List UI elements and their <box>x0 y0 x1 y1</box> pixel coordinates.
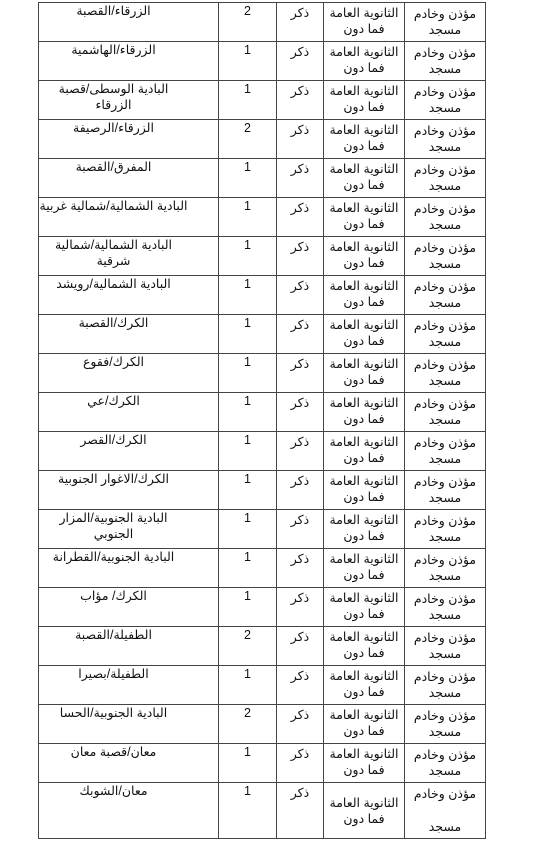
gender-cell: ذكر <box>277 744 324 783</box>
count-cell: 2 <box>219 705 277 744</box>
qualification-line-1: الثانوية العامة <box>324 393 404 411</box>
location-value: البادية الشمالية/شمالية غربية <box>39 198 218 216</box>
qualification-line-1: الثانوية العامة <box>324 315 404 333</box>
count-cell: 1 <box>219 510 277 549</box>
location-value: البادية الشمالية/رويشد <box>39 276 218 294</box>
gender-value: ذكر <box>277 666 323 684</box>
gender-value: ذكر <box>277 120 323 138</box>
job-title-line-2: مسجد <box>405 373 485 389</box>
table-row: مؤذن وخادم مسجد الثانوية العامة فما دون … <box>39 471 486 510</box>
qualification-line-1: الثانوية العامة <box>324 3 404 21</box>
gender-value: ذكر <box>277 354 323 372</box>
location-value: الكرك/فقوع <box>39 354 218 372</box>
qualification-cell: الثانوية العامة فما دون <box>324 276 405 315</box>
qualification-line-2: فما دون <box>324 762 404 778</box>
qualification-line-1: الثانوية العامة <box>324 627 404 645</box>
job-title-cell: مؤذن وخادم مسجد <box>405 3 486 42</box>
qualification-line-2: فما دون <box>324 99 404 115</box>
qualification-cell: الثانوية العامة فما دون <box>324 666 405 705</box>
count-value: 1 <box>219 315 276 332</box>
count-value: 1 <box>219 432 276 449</box>
job-title-line-2: مسجد <box>405 61 485 77</box>
location-cell: البادية الجنوبية/الحسا <box>39 705 219 744</box>
gender-cell: ذكر <box>277 159 324 198</box>
location-value: الزرقاء/الرصيفة <box>39 120 218 138</box>
qualification-cell: الثانوية العامة فما دون <box>324 3 405 42</box>
gender-value: ذكر <box>277 42 323 60</box>
qualification-line-2: فما دون <box>324 333 404 349</box>
table-row: مؤذن وخادم مسجد الثانوية العامة فما دون … <box>39 120 486 159</box>
location-value: الكرك/ مؤاب <box>39 588 218 606</box>
qualification-cell: الثانوية العامة فما دون <box>324 549 405 588</box>
gender-cell: ذكر <box>277 666 324 705</box>
location-cell: البادية الشمالية/رويشد <box>39 276 219 315</box>
table-row: مؤذن وخادم مسجد الثانوية العامة فما دون … <box>39 549 486 588</box>
table-row: مؤذن وخادم مسجد الثانوية العامة فما دون … <box>39 159 486 198</box>
location-cell: الطفيلة/بصيرا <box>39 666 219 705</box>
count-value: 1 <box>219 159 276 176</box>
job-title-line-2: مسجد <box>405 529 485 545</box>
qualification-cell: الثانوية العامة فما دون <box>324 510 405 549</box>
job-title-line-1: مؤذن وخادم <box>405 198 485 217</box>
count-cell: 2 <box>219 627 277 666</box>
job-title-line-1: مؤذن وخادم <box>405 354 485 373</box>
job-title-cell: مؤذن وخادم مسجد <box>405 705 486 744</box>
count-cell: 1 <box>219 315 277 354</box>
job-title-line-1: مؤذن وخادم <box>405 588 485 607</box>
location-cell: الطفيلة/القصبة <box>39 627 219 666</box>
job-title-line-2: مسجد <box>405 217 485 233</box>
job-title-line-1: مؤذن وخادم <box>405 510 485 529</box>
count-cell: 1 <box>219 276 277 315</box>
qualification-line-2: فما دون <box>324 216 404 232</box>
gender-cell: ذكر <box>277 393 324 432</box>
table-row: مؤذن وخادم مسجد الثانوية العامة فما دون … <box>39 744 486 783</box>
gender-value: ذكر <box>277 81 323 99</box>
gender-value: ذكر <box>277 705 323 723</box>
job-title-cell: مؤذن وخادم مسجد <box>405 198 486 237</box>
count-cell: 1 <box>219 783 277 839</box>
qualification-line-1: الثانوية العامة <box>324 81 404 99</box>
qualification-line-2: فما دون <box>324 450 404 466</box>
qualification-cell: الثانوية العامة فما دون <box>324 783 405 839</box>
count-cell: 1 <box>219 393 277 432</box>
table-row: مؤذن وخادم مسجد الثانوية العامة فما دون … <box>39 588 486 627</box>
job-title-line-1: مؤذن وخادم <box>405 237 485 256</box>
table-row: مؤذن وخادم مسجد الثانوية العامة فما دون … <box>39 81 486 120</box>
qualification-line-1: الثانوية العامة <box>324 549 404 567</box>
table-row: مؤذن وخادم مسجد الثانوية العامة فما دون … <box>39 393 486 432</box>
location-value: الزرقاء/الهاشمية <box>39 42 218 60</box>
job-title-line-2: مسجد <box>405 295 485 311</box>
job-title-cell: مؤذن وخادم مسجد <box>405 588 486 627</box>
job-title-line-1: مؤذن وخادم <box>405 393 485 412</box>
qualification-line-1: الثانوية العامة <box>324 510 404 528</box>
location-value: البادية الوسطى/قصبة الزرقاء <box>39 81 218 115</box>
table-row: مؤذن وخادم مسجد الثانوية العامة فما دون … <box>39 3 486 42</box>
location-value: الكرك/القصبة <box>39 315 218 333</box>
count-value: 2 <box>219 705 276 722</box>
qualification-line-2: فما دون <box>324 528 404 544</box>
job-title-line-2: مسجد <box>405 412 485 428</box>
qualification-line-2: فما دون <box>324 255 404 271</box>
job-title-line-2: مسجد <box>405 451 485 467</box>
table-row: مؤذن وخادم مسجد الثانوية العامة فما دون … <box>39 510 486 549</box>
qualification-line-1: الثانوية العامة <box>324 42 404 60</box>
count-cell: 1 <box>219 588 277 627</box>
table-row: مؤذن وخادم مسجد الثانوية العامة فما دون … <box>39 315 486 354</box>
location-value: البادية الشمالية/شمالية شرقية <box>39 237 218 271</box>
gender-cell: ذكر <box>277 276 324 315</box>
gender-cell: ذكر <box>277 315 324 354</box>
location-value: الكرك/القصر <box>39 432 218 450</box>
qualification-cell: الثانوية العامة فما دون <box>324 588 405 627</box>
table-row: مؤذن وخادم مسجد الثانوية العامة فما دون … <box>39 432 486 471</box>
gender-cell: ذكر <box>277 510 324 549</box>
job-title-line-2: مسجد <box>405 100 485 116</box>
job-title-cell: مؤذن وخادم مسجد <box>405 393 486 432</box>
qualification-line-2: فما دون <box>324 21 404 37</box>
job-title-line-1: مؤذن وخادم <box>405 159 485 178</box>
qualification-line-1: الثانوية العامة <box>324 354 404 372</box>
qualification-line-2: فما دون <box>324 567 404 583</box>
qualification-line-2: فما دون <box>324 606 404 622</box>
location-value: الكرك/الاغوار الجنوبية <box>39 471 218 489</box>
gender-value: ذكر <box>277 471 323 489</box>
gender-cell: ذكر <box>277 237 324 276</box>
count-value: 1 <box>219 393 276 410</box>
job-title-line-1: مؤذن وخادم <box>405 432 485 451</box>
job-title-line-2: مسجد <box>405 607 485 623</box>
qualification-line-2: فما دون <box>324 177 404 193</box>
count-value: 2 <box>219 3 276 20</box>
gender-value: ذكر <box>277 237 323 255</box>
qualification-line-2: فما دون <box>324 60 404 76</box>
count-value: 1 <box>219 354 276 371</box>
job-title-cell: مؤذن وخادم مسجد <box>405 510 486 549</box>
count-value: 1 <box>219 81 276 98</box>
job-title-line-2: مسجد <box>405 685 485 701</box>
qualification-cell: الثانوية العامة فما دون <box>324 705 405 744</box>
job-title-line-2: مسجد <box>405 178 485 194</box>
table-row: مؤذن وخادم مسجد الثانوية العامة فما دون … <box>39 705 486 744</box>
job-title-cell: مؤذن وخادم مسجد <box>405 666 486 705</box>
gender-cell: ذكر <box>277 81 324 120</box>
gender-cell: ذكر <box>277 3 324 42</box>
count-value: 1 <box>219 510 276 527</box>
location-value: البادية الجنوبية/المزار الجنوبي <box>39 510 218 544</box>
location-cell: البادية الشمالية/شمالية غربية <box>39 198 219 237</box>
count-cell: 1 <box>219 744 277 783</box>
count-value: 2 <box>219 627 276 644</box>
gender-cell: ذكر <box>277 588 324 627</box>
location-cell: الزرقاء/القصبة <box>39 3 219 42</box>
location-cell: الكرك/القصبة <box>39 315 219 354</box>
location-value: الطفيلة/بصيرا <box>39 666 218 684</box>
qualification-line-2: فما دون <box>324 372 404 388</box>
job-title-line-1: مؤذن وخادم <box>405 276 485 295</box>
job-title-cell: مؤذن وخادم مسجد <box>405 783 486 839</box>
qualification-line-2: فما دون <box>324 489 404 505</box>
job-title-line-2: مسجد <box>405 22 485 38</box>
location-cell: البادية الوسطى/قصبة الزرقاء <box>39 81 219 120</box>
table-row: مؤذن وخادم مسجد الثانوية العامة فما دون … <box>39 42 486 81</box>
gender-value: ذكر <box>277 783 323 801</box>
qualification-line-2: فما دون <box>324 811 404 827</box>
job-title-line-1: مؤذن وخادم <box>405 315 485 334</box>
job-title-cell: مؤذن وخادم مسجد <box>405 42 486 81</box>
gender-cell: ذكر <box>277 120 324 159</box>
qualification-cell: الثانوية العامة فما دون <box>324 198 405 237</box>
gender-cell: ذكر <box>277 471 324 510</box>
table-row: مؤذن وخادم مسجد الثانوية العامة فما دون … <box>39 198 486 237</box>
job-title-line-1: مؤذن وخادم <box>405 42 485 61</box>
count-cell: 1 <box>219 471 277 510</box>
gender-value: ذكر <box>277 627 323 645</box>
location-cell: معان/الشوبك <box>39 783 219 839</box>
qualification-cell: الثانوية العامة فما دون <box>324 744 405 783</box>
count-value: 1 <box>219 237 276 254</box>
gender-value: ذكر <box>277 393 323 411</box>
qualification-cell: الثانوية العامة فما دون <box>324 354 405 393</box>
job-title-line-1: مؤذن وخادم <box>405 81 485 100</box>
table-row: مؤذن وخادم مسجد الثانوية العامة فما دون … <box>39 354 486 393</box>
qualification-cell: الثانوية العامة فما دون <box>324 237 405 276</box>
location-value: البادية الجنوبية/الحسا <box>39 705 218 723</box>
qualification-cell: الثانوية العامة فما دون <box>324 627 405 666</box>
job-title-line-1: مؤذن وخادم <box>405 744 485 763</box>
job-title-line-2: مسجد <box>405 763 485 779</box>
vacancies-table: مؤذن وخادم مسجد الثانوية العامة فما دون … <box>38 2 486 839</box>
count-value: 1 <box>219 588 276 605</box>
qualification-line-2: فما دون <box>324 294 404 310</box>
qualification-line-2: فما دون <box>324 645 404 661</box>
qualification-line-2: فما دون <box>324 684 404 700</box>
count-value: 1 <box>219 744 276 761</box>
qualification-line-1: الثانوية العامة <box>324 120 404 138</box>
qualification-line-2: فما دون <box>324 138 404 154</box>
gender-value: ذكر <box>277 549 323 567</box>
qualification-cell: الثانوية العامة فما دون <box>324 393 405 432</box>
count-cell: 1 <box>219 237 277 276</box>
count-value: 1 <box>219 666 276 683</box>
job-title-cell: مؤذن وخادم مسجد <box>405 744 486 783</box>
job-title-line-1: مؤذن وخادم <box>405 549 485 568</box>
gender-cell: ذكر <box>277 705 324 744</box>
qualification-line-2: فما دون <box>324 411 404 427</box>
qualification-line-1: الثانوية العامة <box>324 783 404 811</box>
qualification-cell: الثانوية العامة فما دون <box>324 81 405 120</box>
gender-value: ذكر <box>277 510 323 528</box>
job-title-line-1: مؤذن وخادم <box>405 783 485 802</box>
job-title-line-1: مؤذن وخادم <box>405 120 485 139</box>
location-cell: الزرقاء/الهاشمية <box>39 42 219 81</box>
gender-cell: ذكر <box>277 627 324 666</box>
count-cell: 2 <box>219 3 277 42</box>
gender-cell: ذكر <box>277 198 324 237</box>
location-value: المفرق/القصبة <box>39 159 218 177</box>
count-cell: 1 <box>219 354 277 393</box>
count-cell: 1 <box>219 42 277 81</box>
job-title-line-1: مؤذن وخادم <box>405 666 485 685</box>
location-cell: البادية الجنوبية/المزار الجنوبي <box>39 510 219 549</box>
location-value: الكرك/عي <box>39 393 218 411</box>
qualification-line-1: الثانوية العامة <box>324 159 404 177</box>
job-title-cell: مؤذن وخادم مسجد <box>405 159 486 198</box>
location-cell: الكرك/الاغوار الجنوبية <box>39 471 219 510</box>
job-title-line-2: مسجد <box>405 724 485 740</box>
count-value: 1 <box>219 42 276 59</box>
job-title-line-2: مسجد <box>405 568 485 584</box>
count-value: 1 <box>219 783 276 800</box>
job-title-cell: مؤذن وخادم مسجد <box>405 627 486 666</box>
qualification-line-1: الثانوية العامة <box>324 471 404 489</box>
table-row: مؤذن وخادم مسجد الثانوية العامة فما دون … <box>39 276 486 315</box>
location-cell: الكرك/ مؤاب <box>39 588 219 627</box>
qualification-cell: الثانوية العامة فما دون <box>324 315 405 354</box>
gender-cell: ذكر <box>277 432 324 471</box>
gender-value: ذكر <box>277 744 323 762</box>
count-value: 1 <box>219 471 276 488</box>
qualification-line-1: الثانوية العامة <box>324 432 404 450</box>
job-title-cell: مؤذن وخادم مسجد <box>405 315 486 354</box>
job-title-cell: مؤذن وخادم مسجد <box>405 120 486 159</box>
job-title-cell: مؤذن وخادم مسجد <box>405 354 486 393</box>
gender-cell: ذكر <box>277 42 324 81</box>
gender-value: ذكر <box>277 198 323 216</box>
gender-cell: ذكر <box>277 549 324 588</box>
location-value: معان/قصبة معان <box>39 744 218 762</box>
qualification-cell: الثانوية العامة فما دون <box>324 42 405 81</box>
job-title-cell: مؤذن وخادم مسجد <box>405 549 486 588</box>
location-cell: الكرك/عي <box>39 393 219 432</box>
count-value: 1 <box>219 198 276 215</box>
job-title-line-2: مسجد <box>405 802 485 835</box>
count-cell: 1 <box>219 549 277 588</box>
job-title-cell: مؤذن وخادم مسجد <box>405 237 486 276</box>
location-cell: معان/قصبة معان <box>39 744 219 783</box>
job-title-cell: مؤذن وخادم مسجد <box>405 81 486 120</box>
qualification-line-1: الثانوية العامة <box>324 705 404 723</box>
qualification-line-1: الثانوية العامة <box>324 276 404 294</box>
job-title-cell: مؤذن وخادم مسجد <box>405 432 486 471</box>
count-cell: 1 <box>219 198 277 237</box>
count-cell: 1 <box>219 159 277 198</box>
count-cell: 1 <box>219 81 277 120</box>
count-value: 1 <box>219 549 276 566</box>
qualification-line-1: الثانوية العامة <box>324 666 404 684</box>
gender-value: ذكر <box>277 159 323 177</box>
table-row: مؤذن وخادم مسجد الثانوية العامة فما دون … <box>39 666 486 705</box>
job-title-line-2: مسجد <box>405 334 485 350</box>
table-row: مؤذن وخادم مسجد الثانوية العامة فما دون … <box>39 783 486 839</box>
job-title-line-1: مؤذن وخادم <box>405 627 485 646</box>
qualification-line-1: الثانوية العامة <box>324 588 404 606</box>
job-title-line-1: مؤذن وخادم <box>405 705 485 724</box>
document-page: مؤذن وخادم مسجد الثانوية العامة فما دون … <box>0 0 534 858</box>
table-row: مؤذن وخادم مسجد الثانوية العامة فما دون … <box>39 627 486 666</box>
count-value: 1 <box>219 276 276 293</box>
job-title-line-2: مسجد <box>405 646 485 662</box>
location-cell: الزرقاء/الرصيفة <box>39 120 219 159</box>
qualification-line-1: الثانوية العامة <box>324 237 404 255</box>
qualification-cell: الثانوية العامة فما دون <box>324 432 405 471</box>
gender-value: ذكر <box>277 432 323 450</box>
job-title-cell: مؤذن وخادم مسجد <box>405 276 486 315</box>
table-row: مؤذن وخادم مسجد الثانوية العامة فما دون … <box>39 237 486 276</box>
qualification-line-1: الثانوية العامة <box>324 198 404 216</box>
qualification-line-2: فما دون <box>324 723 404 739</box>
gender-value: ذكر <box>277 276 323 294</box>
qualification-line-1: الثانوية العامة <box>324 744 404 762</box>
job-title-line-1: مؤذن وخادم <box>405 3 485 22</box>
gender-value: ذكر <box>277 588 323 606</box>
location-value: الزرقاء/القصبة <box>39 3 218 21</box>
location-cell: الكرك/القصر <box>39 432 219 471</box>
location-value: البادية الجنوبية/القطرانة <box>39 549 218 567</box>
job-title-line-1: مؤذن وخادم <box>405 471 485 490</box>
qualification-cell: الثانوية العامة فما دون <box>324 120 405 159</box>
location-cell: البادية الجنوبية/القطرانة <box>39 549 219 588</box>
location-value: الطفيلة/القصبة <box>39 627 218 645</box>
gender-value: ذكر <box>277 315 323 333</box>
location-cell: البادية الشمالية/شمالية شرقية <box>39 237 219 276</box>
count-value: 2 <box>219 120 276 137</box>
job-title-line-2: مسجد <box>405 256 485 272</box>
gender-value: ذكر <box>277 3 323 21</box>
job-title-cell: مؤذن وخادم مسجد <box>405 471 486 510</box>
gender-cell: ذكر <box>277 354 324 393</box>
count-cell: 1 <box>219 432 277 471</box>
job-title-line-2: مسجد <box>405 139 485 155</box>
job-title-line-2: مسجد <box>405 490 485 506</box>
gender-cell: ذكر <box>277 783 324 839</box>
location-cell: المفرق/القصبة <box>39 159 219 198</box>
location-value: معان/الشوبك <box>39 783 218 801</box>
qualification-cell: الثانوية العامة فما دون <box>324 471 405 510</box>
count-cell: 2 <box>219 120 277 159</box>
count-cell: 1 <box>219 666 277 705</box>
table-body: مؤذن وخادم مسجد الثانوية العامة فما دون … <box>39 3 486 839</box>
location-cell: الكرك/فقوع <box>39 354 219 393</box>
qualification-cell: الثانوية العامة فما دون <box>324 159 405 198</box>
